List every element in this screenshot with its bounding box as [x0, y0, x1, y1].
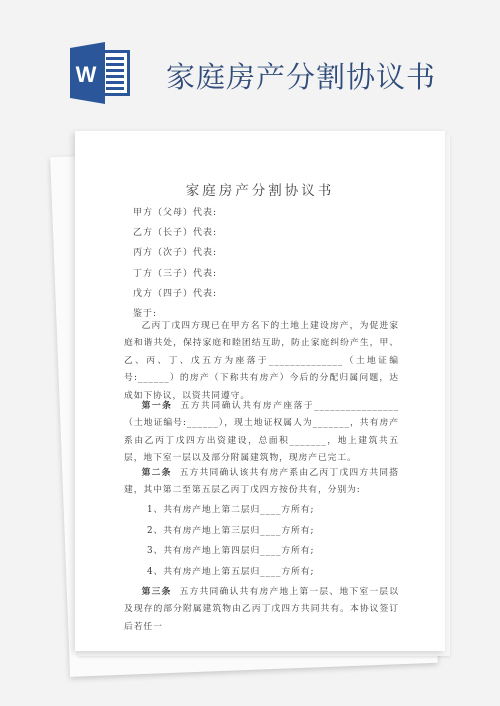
party-line-jia: 甲方（父母）代表:: [133, 203, 217, 223]
party-line-ding: 丁方（三子）代表:: [133, 264, 217, 284]
article-3: 第三条五方共同确认共有房产地上第一层、地下室一层以及现存的部分附属建筑物由乙丙丁…: [124, 584, 399, 636]
intro-section: 乙丙丁戊四方现已在甲方名下的土地上建设房产，为促进家庭和谐共处，保持家庭和睦团结…: [124, 318, 399, 405]
preview-header: W 家庭房产分割协议书: [0, 0, 500, 120]
party-line-wu: 戊方（四子）代表:: [133, 284, 217, 304]
word-icon: W: [68, 42, 134, 104]
article-label: 第一条: [142, 401, 173, 411]
article-2: 第二条五方共同确认该共有房产系由乙丙丁戊四方共同搭建，其中第二至第五层乙丙丁戊四…: [124, 465, 399, 500]
list-item: 1、共有房产地上第二层归____方所有;: [147, 500, 314, 521]
list-item: 4、共有房产地上第五层归____方所有;: [147, 562, 314, 583]
article-1: 第一条五方共同确认共有房产座落于________________（土地证编号:_…: [124, 398, 399, 468]
list-item: 3、共有房产地上第四层归____方所有;: [147, 541, 314, 562]
parties-list: 甲方（父母）代表: 乙方（长子）代表: 丙方（次子）代表: 丁方（三子）代表: …: [133, 203, 217, 324]
document-title: 家庭房产分割协议书: [75, 179, 445, 199]
document-page: 家庭房产分割协议书 甲方（父母）代表: 乙方（长子）代表: 丙方（次子）代表: …: [75, 131, 445, 651]
svg-text:W: W: [76, 62, 97, 87]
party-line-bing: 丙方（次子）代表:: [133, 243, 217, 263]
preview-title: 家庭房产分割协议书: [166, 55, 436, 96]
intro-paragraph: 乙丙丁戊四方现已在甲方名下的土地上建设房产，为促进家庭和谐共处，保持家庭和睦团结…: [124, 318, 399, 405]
article-label: 第二条: [142, 468, 172, 478]
list-item: 2、共有房产地上第三层归____方所有;: [147, 521, 314, 542]
party-line-yi: 乙方（长子）代表:: [133, 223, 217, 243]
floor-allocation-list: 1、共有房产地上第二层归____方所有; 2、共有房产地上第三层归____方所有…: [147, 500, 314, 582]
article-label: 第三条: [142, 587, 172, 597]
